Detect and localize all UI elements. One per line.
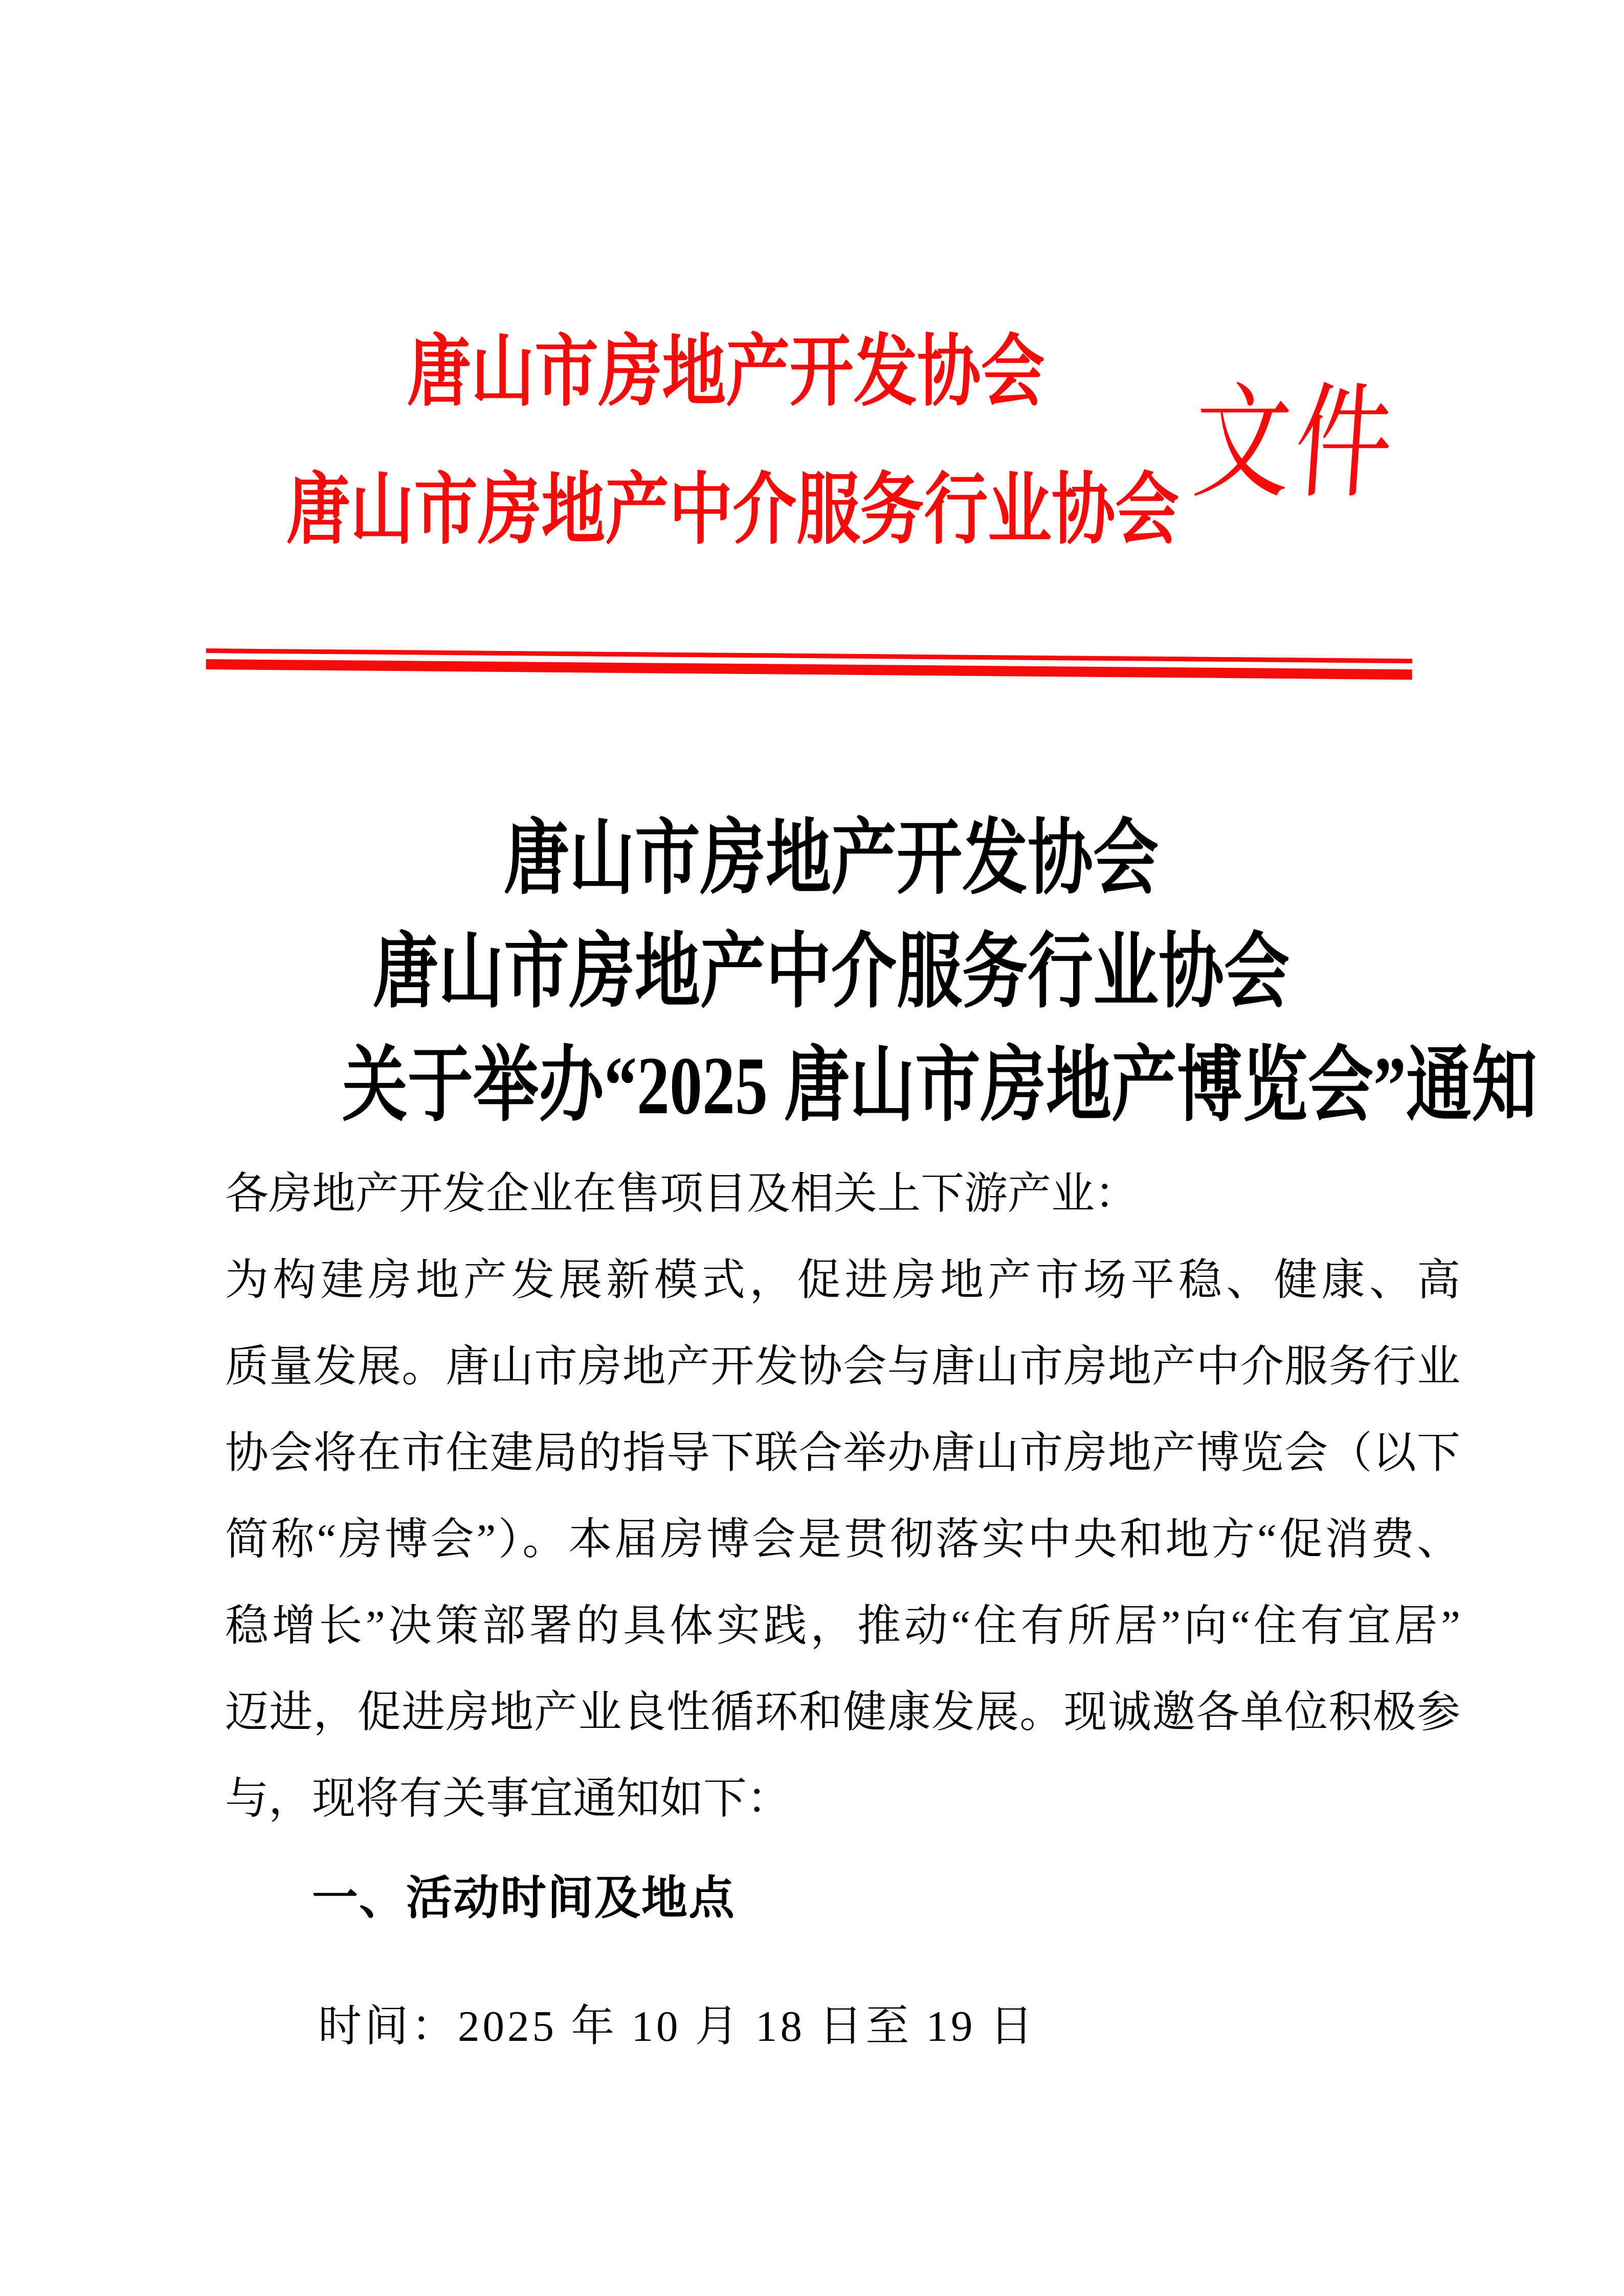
section-heading-activity-time-place: 一、活动时间及地点 <box>312 1855 736 1942</box>
body-line: 与，现将有关事宜通知如下： <box>225 1756 1460 1842</box>
letterhead-org-line-1: 唐山市房地产开发协会 <box>407 333 1044 411</box>
body-line: 迈进，促进房地产业良性循环和健康发展。现诚邀各单位积极参 <box>225 1670 1460 1756</box>
body-text: 各房地产开发企业在售项目及相关上下游产业： 为构建房地产发展新模式，促进房地产市… <box>225 1151 1460 1842</box>
title-line-2: 唐山市房地产中介服务行业协会 <box>342 915 1320 1029</box>
red-divider-rule <box>206 648 1412 680</box>
body-line: 质量发展。唐山市房地产开发协会与唐山市房地产中介服务行业 <box>225 1324 1460 1410</box>
title-line-3: 关于举办“2025 唐山市房地产博览会”通知 <box>342 1029 1320 1142</box>
document-page: 唐山市房地产开发协会 唐山市房地产中介服务行业协会 文件 唐山市房地产开发协会 … <box>0 0 1624 2296</box>
body-line: 为构建房地产发展新模式，促进房地产市场平稳、健康、高 <box>225 1237 1460 1324</box>
document-title: 唐山市房地产开发协会 唐山市房地产中介服务行业协会 关于举办“2025 唐山市房… <box>342 802 1320 1142</box>
doc-type-label: 文件 <box>1189 382 1400 507</box>
body-line: 简称“房博会”）。本届房博会是贯彻落实中央和地方“促消费、 <box>225 1497 1460 1583</box>
letterhead-org-line-2: 唐山市房地产中介服务行业协会 <box>286 471 1179 549</box>
body-line: 协会将在市住建局的指导下联合举办唐山市房地产博览会（以下 <box>225 1410 1460 1497</box>
event-time-line: 时间：2025 年 10 月 18 日至 19 日 <box>318 1984 1036 2070</box>
salutation-line: 各房地产开发企业在售项目及相关上下游产业： <box>225 1151 1460 1237</box>
title-line-1: 唐山市房地产开发协会 <box>342 802 1320 915</box>
body-line: 稳增长”决策部署的具体实践，推动“住有所居”向“住有宜居” <box>225 1583 1460 1670</box>
